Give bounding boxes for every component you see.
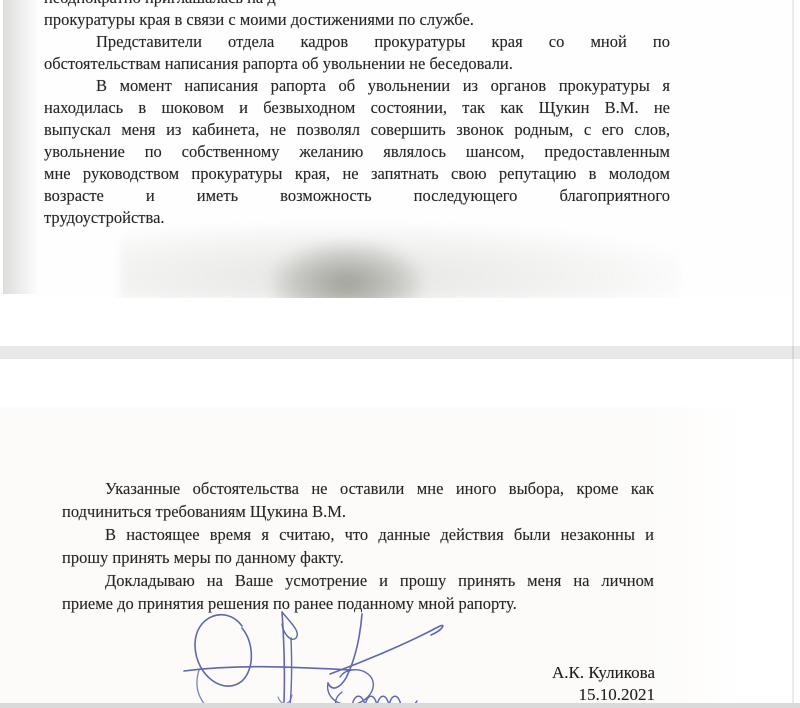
scan-text-line: прошу принять меры по данному факту.: [62, 546, 654, 569]
scan-smudge: [272, 242, 422, 298]
scan-text-line: находилась в шоковом и безвыходном состо…: [44, 97, 670, 119]
scan-text-line: В настоящее время я считаю, что данные д…: [62, 523, 654, 546]
section-gap-bar: [0, 346, 800, 359]
scan-text-line: трудоустройства.: [44, 207, 670, 229]
scan-text-line: подчиниться требованиям Щукина В.М.: [62, 500, 654, 523]
signature-block: А.К. Куликова 15.10.2021: [405, 662, 655, 706]
scan-text-line: прокуратуры края в связи с моими достиже…: [44, 9, 670, 31]
text-block-top: неоднократно приглашалась на д прокурату…: [44, 0, 670, 229]
page-border-line: [792, 0, 794, 708]
scan-text-line: В момент написания рапорта об увольнении…: [44, 75, 670, 97]
scan-text-line-clipped: неоднократно приглашалась на д: [44, 0, 670, 9]
clipped-line-text: неоднократно приглашалась на д: [44, 0, 276, 7]
bottom-edge-bar: [0, 703, 800, 708]
scan-text-line: Представители отдела кадров прокуратуры …: [44, 31, 670, 53]
scan-text-line: возрасте и иметь возможность последующег…: [44, 185, 670, 207]
scan-text-line: Указанные обстоятельства не оставили мне…: [62, 477, 654, 500]
scan-text-line: обстоятельствам написания рапорта об уво…: [44, 53, 670, 75]
signatory-name: А.К. Куликова: [405, 662, 655, 684]
page-edge-shadow: [3, 0, 39, 294]
scan-text-line: мне руководством прокуратуры края, не за…: [44, 163, 670, 185]
page-fragment-top: неоднократно приглашалась на д прокурату…: [0, 0, 800, 298]
scan-text-line: увольнение по собственному желанию являл…: [44, 141, 670, 163]
scan-text-line: выпускал меня из кабинета, не позволял с…: [44, 119, 670, 141]
document-scan: { "colors": { "paper_top": "#fefefe", "p…: [0, 0, 800, 708]
